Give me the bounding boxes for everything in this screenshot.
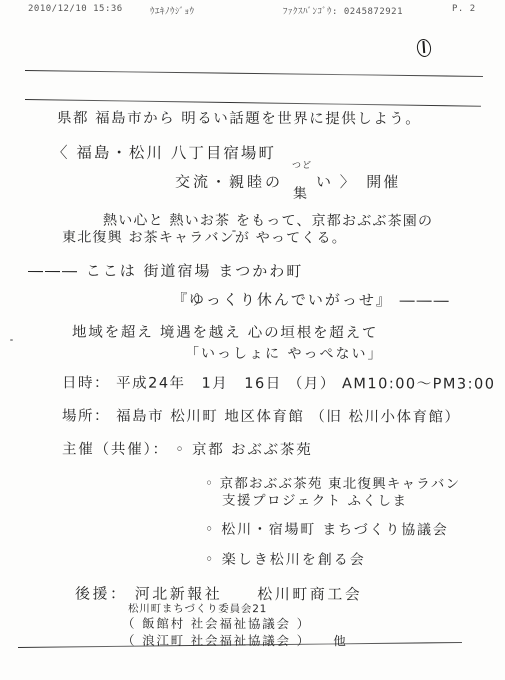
slogan-line2: 「いっしょに やっぺない」 xyxy=(185,347,383,363)
top-rule-1 xyxy=(25,70,483,77)
organizer-line: 主催（共催）： ◦ 京都 おぶぶ茶苑 xyxy=(62,443,313,460)
banner-line2: 『ゆっくり休んでいがっせ』 ――― xyxy=(172,292,451,309)
organizer-4-line: ◦ 楽しき松川を創る会 xyxy=(205,553,366,569)
event-title-inserted-kanji: 集 xyxy=(293,187,307,202)
date-line: 日時： 平成24年 1月 16日 （月） AM10:00〜PM3:00 xyxy=(62,376,496,393)
headline-text: 県都 福島市から 明るい話題を世界に提供しよう。 xyxy=(57,112,421,129)
event-title-line1: 〈 福島・松川 八丁目宿場町 xyxy=(52,145,276,163)
fax-page-number: P. 2 xyxy=(452,4,476,14)
lead-line1: 熱い心と 熱いお茶 をもって、京都おぶぶ茶園の xyxy=(103,214,433,230)
banner-line1: ――― ここは 街道宿場 まつかわ町 xyxy=(28,263,303,280)
organizer-3-line: ◦ 松川・宿場町 まちづくり協議会 xyxy=(205,523,449,539)
slogan-line1: 地域を超え 境遇を越え 心の垣根を超えて xyxy=(72,326,378,343)
support-line1: 後援： 河北新報社 松川町商工会 xyxy=(75,586,362,603)
top-rule-2 xyxy=(25,99,481,107)
place-line: 場所： 福島市 松川町 地区体育館 （旧 松川小体育館） xyxy=(62,409,461,426)
lead-line2: 東北復興 お茶キャラバンが やってくる。 xyxy=(62,231,347,247)
support-line2: 松川町まちづくり委員会21 xyxy=(128,604,267,616)
organizer-2-line1: ◦ 京都おぶぶ茶苑 東北復興キャラバン xyxy=(205,477,460,493)
organizer-2-line2: 支援プロジェクト ふくしま xyxy=(222,494,408,509)
support-line4: （ 浪江町 社会福祉協議会 ） 他 xyxy=(122,634,348,648)
fax-datetime: 2010/12/10 15:36 xyxy=(28,4,123,14)
fax-document-page: 2010/12/10 15:36 ｳｴｷﾉｳｼﾞｮｳ ﾌｧｸｽﾊﾞﾝｺﾞｳ: 0… xyxy=(0,0,505,680)
circled-page-mark-stroke xyxy=(422,41,424,53)
event-title-line2-pre: 交流・親睦の xyxy=(175,174,283,191)
event-title-furigana: つど xyxy=(292,162,312,172)
scan-speck xyxy=(10,339,13,341)
event-title-line2-post: い 〉 開催 xyxy=(316,174,400,191)
support-line3: （ 飯館村 社会福祉協議会 ） xyxy=(122,617,311,631)
fax-number: ﾌｧｸｽﾊﾞﾝｺﾞｳ: 0245872921 xyxy=(283,4,403,17)
circled-page-mark-icon xyxy=(416,38,433,58)
fax-sender-name: ｳｴｷﾉｳｼﾞｮｳ xyxy=(150,4,195,17)
